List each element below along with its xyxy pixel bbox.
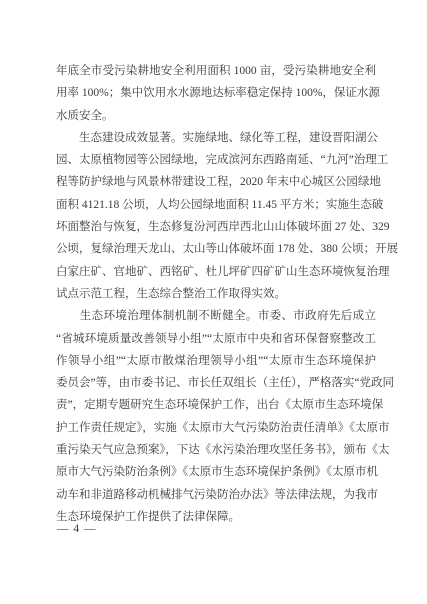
document-page: 年底全市受污染耕地安全利用面积 1000 亩，受污染耕地安全利 用率 100%；… [0,0,427,604]
text-line: 动车和非道路移动机械排气污染防治办法》等法律法规，为我市 [56,484,376,506]
text-line: 试点示范工程，生态综合整治工作取得实效。 [56,283,376,305]
text-line: 水质安全。 [56,105,376,127]
paragraph: 生态环境治理体制机制不断健全。市委、市政府先后成立 “省城环境质量改善领导小组”… [56,305,376,528]
text-line: 程等防护绿地与风景林带建设工程，2020 年末中心城区公园绿地 [56,171,376,193]
page-number: — 4 — [57,521,97,537]
text-line: 生态建设成效显著。实施绿地、绿化等工程，建设晋阳湖公 [56,127,376,149]
text-line: 生态环境治理体制机制不断健全。市委、市政府先后成立 [56,305,376,327]
text-line: 公顷，复绿治理天龙山、太山等山体破坏面 178 处、380 公顷；开展 [56,238,376,260]
text-line: 面积 4121.18 公顷，人均公园绿地面积 11.45 平方米；实施生态破 [56,194,376,216]
text-line: 用率 100%；集中饮用水水源地达标率稳定保持 100%，保证水源 [56,82,376,104]
text-line: 坏面整治与恢复，生态修复汾河西岸西北山山体破坏面 27 处、329 [56,216,376,238]
paragraph: 年底全市受污染耕地安全利用面积 1000 亩，受污染耕地安全利 用率 100%；… [56,60,376,127]
text-line: 原市大气污染防治条例》《太原市生态环境保护条例》《太原市机 [56,461,376,483]
paragraph: 生态建设成效显著。实施绿地、绿化等工程，建设晋阳湖公 园、太原植物园等公园绿地，… [56,127,376,305]
text-line: 护工作责任规定》，实施《太原市大气污染防治责任清单》《太原市 [56,417,376,439]
text-line: 生态环境保护工作提供了法律保障。 [56,506,376,528]
text-line: 白家庄矿、官地矿、西铭矿、杜儿坪矿四矿矿山生态环境恢复治理 [56,261,376,283]
text-line: 年底全市受污染耕地安全利用面积 1000 亩，受污染耕地安全利 [56,60,376,82]
text-line: 园、太原植物园等公园绿地，完成滨河东西路南延、“九河”治理工 [56,149,376,171]
text-line: 委员会”等，由市委书记、市长任双组长（主任），严格落实“党政同 [56,372,376,394]
document-text-block: 年底全市受污染耕地安全利用面积 1000 亩，受污染耕地安全利 用率 100%；… [56,60,376,528]
text-line: 责”，定期专题研究生态环境保护工作，出台《太原市生态环境保 [56,394,376,416]
text-line: 重污染天气应急预案》，下达《水污染治理攻坚任务书》，颁布《太 [56,439,376,461]
text-line: 作领导小组”“太原市散煤治理领导小组”“太原市生态环境保护 [56,350,376,372]
text-line: “省城环境质量改善领导小组”“太原市中央和省环保督察整改工 [56,328,376,350]
